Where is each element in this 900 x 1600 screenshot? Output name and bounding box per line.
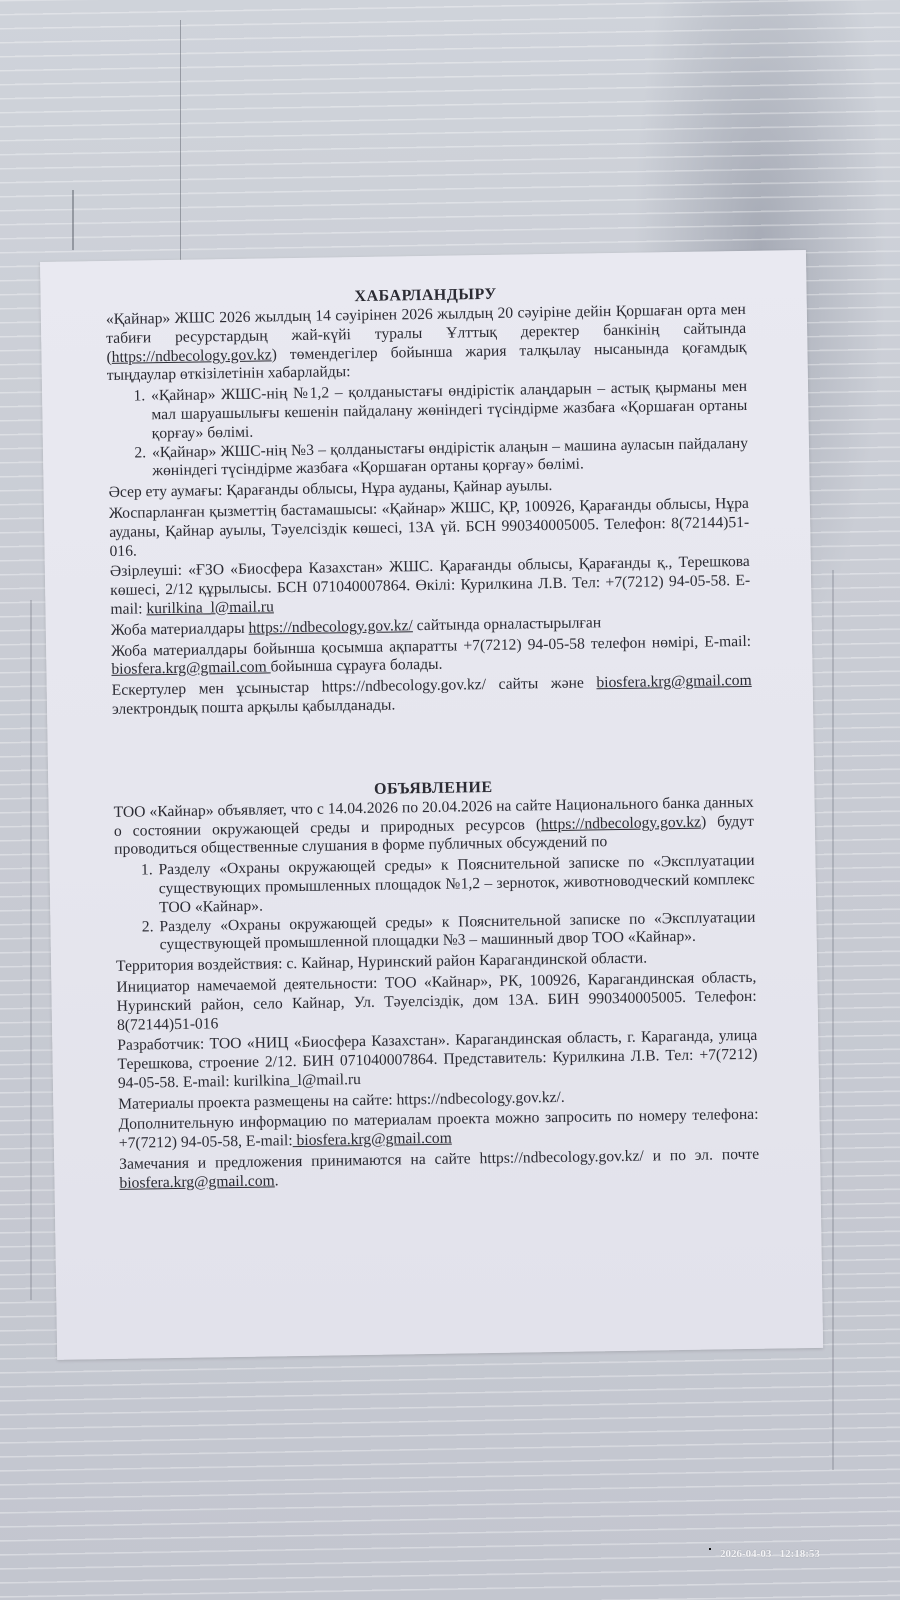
- kz-remarks-email-link[interactable]: biosfera.krg@gmail.com: [596, 672, 751, 691]
- kz-materials-link[interactable]: https://ndbecology.gov.kz/: [248, 617, 413, 637]
- kz-developer: Әзірлеуші: «ҒЗО «Биосфера Казахстан» ЖШС…: [110, 553, 751, 619]
- notice-sheet: ХАБАРЛАНДЫРУ «Қайнар» ЖШС 2026 жылдың 14…: [40, 250, 823, 1360]
- kz-additional-text-end: бойынша сұрауға болады.: [270, 656, 442, 676]
- ru-additional-email-link[interactable]: biosfera.krg@gmail.com: [293, 1130, 452, 1149]
- kz-developer-email-link[interactable]: kurilkina_l@mail.ru: [146, 598, 274, 617]
- kz-materials-text-end: сайтында орналастырылған: [413, 614, 602, 634]
- kz-items-list: «Қайнар» ЖШС-нің №1,2 – қолданыстағы өнд…: [107, 378, 748, 482]
- section-gap: [112, 712, 753, 784]
- wall-mark: [832, 570, 834, 1470]
- ru-developer: Разработчик: ТОО «НИЦ «Биосфера Казахста…: [117, 1027, 758, 1093]
- speck: [709, 1548, 711, 1550]
- ru-remarks-text-end: .: [275, 1172, 279, 1189]
- wall-mark: [180, 20, 181, 300]
- ru-intro-link[interactable]: https://ndbecology.gov.kz: [541, 813, 701, 833]
- photo-timestamp: 2026-04-03 12:18:53: [720, 1548, 820, 1560]
- kz-remarks-text-end: электрондық пошта арқылы қабылданады.: [112, 696, 396, 717]
- ru-remarks: Замечания и предложения принимаются на с…: [119, 1146, 760, 1194]
- wall-mark: [72, 190, 74, 250]
- kz-intro-link[interactable]: https://ndbecology.gov.kz: [112, 346, 272, 366]
- kz-initiator: Жоспарланған қызметтің бастамашысы: «Қай…: [109, 495, 750, 561]
- kz-additional-email-link[interactable]: biosfera.krg@gmail.com: [111, 659, 270, 678]
- ru-list-item: Разделу «Охраны окружающей среды» к Пояс…: [156, 852, 755, 918]
- kz-list-item: «Қайнар» ЖШС-нің №1,2 – қолданыстағы өнд…: [149, 378, 748, 444]
- ru-initiator: Инициатор намечаемой деятельности: ТОО «…: [116, 969, 757, 1035]
- kazakh-announcement: ХАБАРЛАНДЫРУ «Қайнар» ЖШС 2026 жылдың 14…: [105, 281, 752, 720]
- ru-intro: ТОО «Кайнар» объявляет, что с 14.04.2026…: [114, 794, 755, 860]
- kz-intro: «Қайнар» ЖШС 2026 жылдың 14 сәуірінен 20…: [106, 301, 747, 386]
- notice-content: ХАБАРЛАНДЫРУ «Қайнар» ЖШС 2026 жылдың 14…: [105, 281, 759, 1196]
- ru-remarks-email-link[interactable]: biosfera.krg@gmail.com: [119, 1172, 274, 1191]
- russian-announcement: ОБЪЯВЛЕНИЕ ТОО «Кайнар» объявляет, что с…: [113, 774, 759, 1194]
- kz-materials-text: Жоба материалдары: [111, 620, 249, 639]
- wall-mark: [30, 600, 32, 1300]
- ru-items-list: Разделу «Охраны окружающей среды» к Пояс…: [114, 852, 755, 956]
